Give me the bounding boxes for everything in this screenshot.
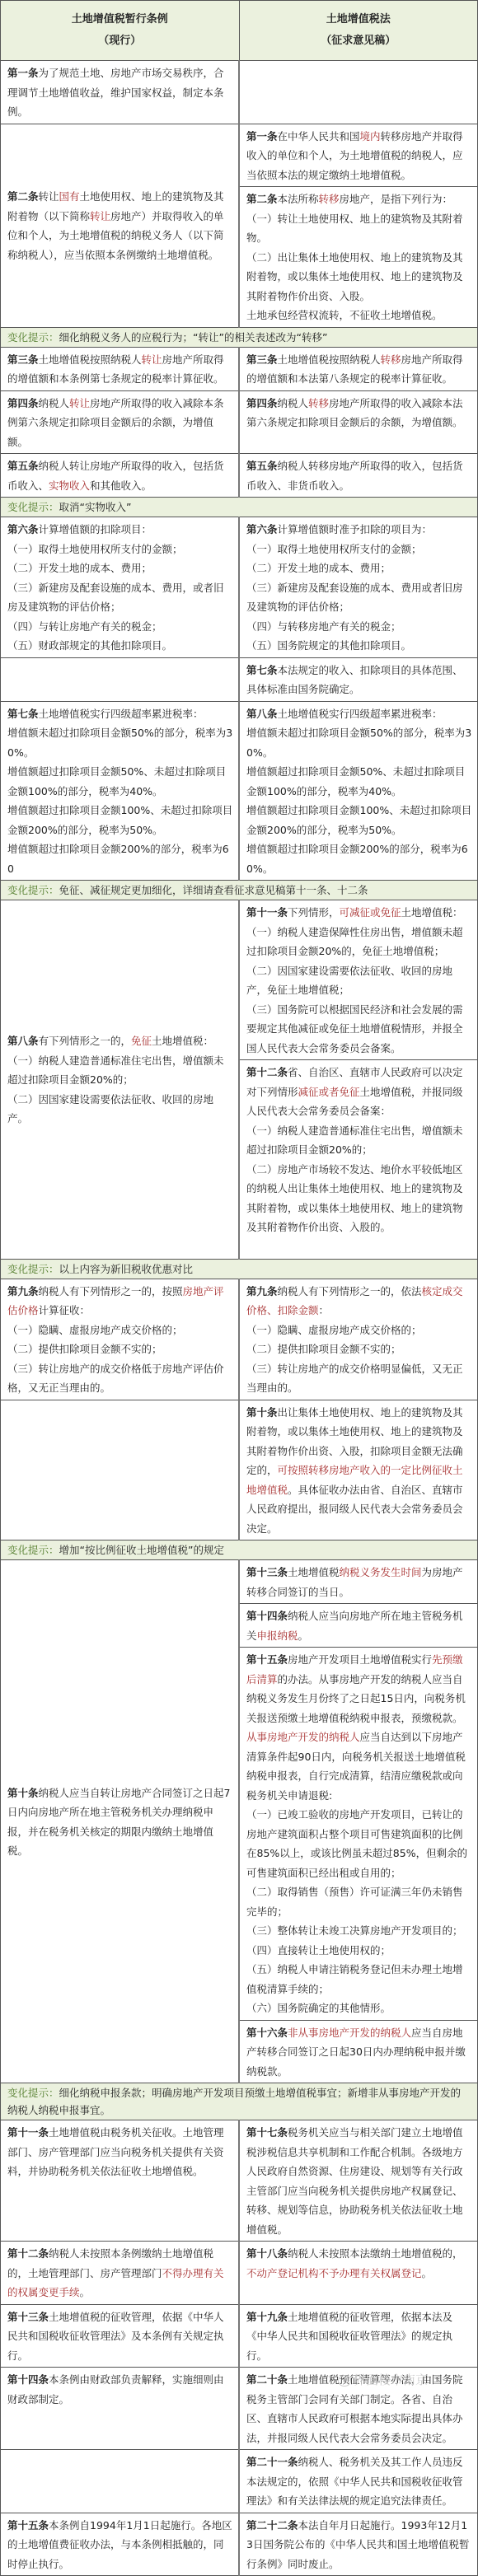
article-item: （二）提供扣除项目金额不实的； <box>246 1339 472 1359</box>
article-number: 第六条 <box>7 523 39 535</box>
new-article-16: 第十六条非从事房地产开发的纳税人应当自房地产转移合同签订之日起30日内办理纳税申… <box>239 2020 478 2083</box>
article-item: （二）开发土地的成本、费用； <box>7 559 233 578</box>
article-number: 第二十一条 <box>246 2456 298 2468</box>
article-item: 增值额未超过扣除项目金额50%的部分，税率为30%。 <box>246 723 472 762</box>
article-text: ： <box>319 1304 330 1316</box>
change-tip-row: 变化提示：取消“实物收入” <box>1 498 478 517</box>
table-row: 第十一条土地增值税由税务机关征收。土地管理部门、房产管理部门应当向税务机关提供有… <box>1 2120 478 2242</box>
old-article-7: 第七条土地增值税实行四级超率累进税率：增值额未超过扣除项目金额50%的部分，税率… <box>1 701 240 881</box>
tip-text: 取消“实物收入” <box>59 501 132 513</box>
article-number: 第二十二条 <box>246 2519 298 2532</box>
highlight-text: 国有 <box>59 190 80 203</box>
new-article-11: 第十一条下列情形，可减征或免征土地增值税：（一）纳税人建造保障性住房出售，增值额… <box>239 900 478 1060</box>
article-number: 第九条 <box>246 1285 278 1297</box>
highlight-text: 可减征或免征 <box>340 906 401 919</box>
tip-text: 免征、减征规定更加细化，详细请查看征求意见稿第十一条、十二条 <box>59 884 368 896</box>
highlight-text: 转让 <box>142 353 162 366</box>
article-text: 纳税人 <box>278 397 309 409</box>
old-empty <box>1 1400 240 1540</box>
change-tip: 变化提示：细化纳税义务人的应税行为；“转让”的相关表述改为“转移” <box>1 327 478 347</box>
tip-label: 变化提示： <box>7 884 59 896</box>
article-item: （一）转让土地使用权、地上的建筑物及其附着物。 <box>246 209 472 248</box>
change-tip-row: 变化提示：以上内容为新旧税收优惠对比 <box>1 1259 478 1279</box>
new-article-17: 第十七条税务机关应当与相关部门建立土地增值税涉税信息共享机制和工作配合机制。各级… <box>239 2120 478 2242</box>
article-text: 在中华人民共和国 <box>278 130 360 143</box>
article-item: （四）与转让房地产有关的税金； <box>7 617 233 637</box>
article-text: 。 <box>298 1629 309 1642</box>
article-text: 土地增值税按照纳税人 <box>278 353 381 366</box>
highlight-text: 不动产登记机构不予办理有关权属登记 <box>246 2267 422 2279</box>
article-item: 增值额未超过扣除项目金额50%的部分，税率为30%。 <box>7 723 233 762</box>
old-article-4: 第四条纳税人转让房地产所取得的收入减除本条例第六条规定扣除项目金额后的余额，为增… <box>1 390 240 454</box>
article-number: 第四条 <box>246 397 278 409</box>
change-tip: 变化提示：免征、减征规定更加细化，详细请查看征求意见稿第十一条、十二条 <box>1 881 478 900</box>
new-article-6: 第六条计算增值额时准予扣除的项目为：（一）取得土地使用权所支付的金额；（二）开发… <box>239 517 478 658</box>
new-article-7: 第七条本法规定的收入、扣除项目的具体范围、具体标准由国务院确定。 <box>239 657 478 701</box>
article-item: （一）隐瞒、虚报房地产成交价格的； <box>7 1321 233 1340</box>
article-text: 转让 <box>39 190 59 203</box>
new-article-12: 第十二条省、自治区、直辖市人民政府可以决定对下列情形减征或者免征土地增值税，并报… <box>239 1060 478 1260</box>
article-number: 第二条 <box>246 193 278 205</box>
article-item: （三）转让房地产的成交价格明显偏低，又无正当理由的。 <box>246 1359 472 1398</box>
article-item: （二）因国家建设需要依法征收、收回的房地产，免征土地增值税； <box>246 961 472 1000</box>
table-row: 第十条出让集体土地使用权、地上的建筑物及其附着物，或以集体土地使用权、地上的建筑… <box>1 1400 478 1540</box>
article-text: 房地产，是指下列行为： <box>340 193 453 205</box>
header-old-subtitle: （现行） <box>1 30 239 52</box>
article-text: 下列情形， <box>288 906 340 919</box>
article-text: 土地增值税 <box>288 1566 340 1578</box>
header-new-title: 土地增值税法 <box>240 9 478 30</box>
tip-text: 细化纳税义务人的应税行为；“转让”的相关表述改为“转移” <box>59 331 328 344</box>
tip-text: 增加“按比例征收土地增值税”的规定 <box>59 1544 224 1556</box>
change-tip-row: 变化提示：细化纳税申报条款；明确房地产开发项目预缴土地增值税事宜；新增非从事房地… <box>1 2083 478 2120</box>
header-new-subtitle: （征求意见稿） <box>240 30 478 52</box>
article-item: 增值额超过扣除项目金额50%、未超过扣除项目金额100%的部分，税率为40%。 <box>246 762 472 801</box>
watermark-text: 界面楼市南京 <box>354 2373 428 2387</box>
article-item: 增值额超过扣除项目金额200%的部分，税率为60%。 <box>246 839 472 878</box>
old-empty <box>1 2450 240 2513</box>
article-number: 第一条 <box>246 130 278 143</box>
new-article-21: 第二十一条纳税人、税务机关及其工作人员违反本法规定的，依照《中华人民共和国税收征… <box>239 2450 478 2513</box>
new-empty <box>239 61 478 124</box>
article-number: 第三条 <box>246 353 278 366</box>
article-text: 计算征收： <box>39 1304 91 1316</box>
article-item: 增值额超过扣除项目金额100%、未超过扣除项目金额200%的部分，税率为50%。 <box>246 801 472 839</box>
header-new: 土地增值税法（征求意见稿） <box>239 1 478 61</box>
article-number: 第五条 <box>246 460 278 472</box>
article-number: 第二条 <box>7 190 39 203</box>
old-article-8: 第八条有下列情形之一的，免征土地增值税：（一）纳税人建造普通标准住宅出售，增值额… <box>1 900 240 1260</box>
table-row: 第二十一条纳税人、税务机关及其工作人员违反本法规定的，依照《中华人民共和国税收征… <box>1 2450 478 2513</box>
new-article-8: 第八条土地增值税实行四级超率累进税率：增值额未超过扣除项目金额50%的部分，税率… <box>239 701 478 881</box>
new-article-13: 第十三条土地增值税纳税义务发生时间为房地产转移合同签订的当日。 <box>239 1560 478 1604</box>
old-article-15: 第十五条本条例自1994年1月1日起施行。各地区的土地增值费征收办法，与本条例相… <box>1 2513 240 2576</box>
article-text: 本法所称 <box>278 193 319 205</box>
article-text: 有下列情形之一的， <box>39 1035 132 1047</box>
article-text: 纳税人转移房地产所取得的收入，包括货币收入、非货币收入。 <box>246 460 463 492</box>
article-number: 第十四条 <box>246 1610 288 1622</box>
old-empty <box>1 657 240 701</box>
article-item: 增值额超过扣除项目金额100%、未超过扣除项目金额200%的部分，税率为50%。 <box>7 801 233 839</box>
table-row: 第八条有下列情形之一的，免征土地增值税：（一）纳税人建造普通标准住宅出售，增值额… <box>1 900 478 1060</box>
change-tip: 变化提示：以上内容为新旧税收优惠对比 <box>1 1259 478 1279</box>
article-text: 土地增值税： <box>152 1035 213 1047</box>
highlight-text: 转移 <box>319 193 340 205</box>
table-row: 第三条土地增值税按照纳税人转让房地产所取得的增值额和本条例第七条规定的税率计算征… <box>1 347 478 390</box>
highlight-text: 减征或者免征 <box>298 1086 360 1098</box>
wechat-icon <box>338 2375 351 2387</box>
watermark: 界面楼市南京 <box>338 2371 428 2388</box>
article-number: 第十条 <box>246 1406 278 1419</box>
highlight-text: 转移 <box>381 353 401 366</box>
table-row: 第五条纳税人转让房地产所取得的收入，包括货币收入、实物收入和其他收入。 第五条纳… <box>1 454 478 498</box>
table-header-row: 土地增值税暂行条例（现行） 土地增值税法（征求意见稿） <box>1 1 478 61</box>
new-article-15: 第十五条房地产开发项目土地增值税实行先预缴后清算的办法。从事房地产开发的纳税人应… <box>239 1648 478 2021</box>
tip-label: 变化提示： <box>7 2087 59 2099</box>
article-number: 第十三条 <box>7 2311 49 2323</box>
article-number: 第十四条 <box>7 2373 49 2386</box>
article-item: （五）财政部规定的其他扣除项目。 <box>7 636 233 656</box>
article-item: （一）纳税人建造普通标准住宅出售，增值额未超过扣除项目金额20%的； <box>246 1121 472 1160</box>
article-text: 土地增值税实行四级超率累进税率： <box>39 708 204 720</box>
highlight-text: 转让 <box>90 210 110 222</box>
article-item: （六）国务院确定的其他情形。 <box>246 1999 472 2018</box>
article-number: 第十一条 <box>246 906 288 919</box>
article-item: （二）因国家建设需要依法征收、收回的房地产。 <box>7 1090 233 1129</box>
tip-label: 变化提示： <box>7 331 59 344</box>
old-article-12: 第十二条纳税人未按照本条例缴纳土地增值税的，土地管理部门、房产管理部门不得办理有… <box>1 2242 240 2305</box>
new-article-2: 第二条本法所称转移房地产，是指下列行为：（一）转让土地使用权、地上的建筑物及其附… <box>239 187 478 328</box>
article-item: （二）开发土地的成本、费用； <box>246 559 472 578</box>
change-tip: 变化提示：细化纳税申报条款；明确房地产开发项目预缴土地增值税事宜；新增非从事房地… <box>1 2083 478 2120</box>
article-item: 土地承包经营权流转，不征收土地增值税。 <box>246 306 472 325</box>
table-row: 第六条计算增值额的扣除项目：（一）取得土地使用权所支付的金额；（二）开发土地的成… <box>1 517 478 658</box>
highlight-text: 免征 <box>131 1035 152 1047</box>
article-text: 纳税人 <box>39 397 70 409</box>
change-tip-row: 变化提示：免征、减征规定更加细化，详细请查看征求意见稿第十一条、十二条 <box>1 881 478 900</box>
highlight-text: 转移 <box>308 397 329 409</box>
new-article-14: 第十四条纳税人应当向房地产所在地主管税务机关申报纳税。 <box>239 1604 478 1648</box>
article-number: 第八条 <box>246 708 278 720</box>
article-text: 纳税人有下列情形之一的，按照 <box>39 1285 183 1297</box>
old-article-9: 第九条纳税人有下列情形之一的，按照房地产评估价格计算征收：（一）隐瞒、虚报房地产… <box>1 1279 240 1400</box>
change-tip-row: 变化提示：细化纳税义务人的应税行为；“转让”的相关表述改为“转移” <box>1 327 478 347</box>
new-article-22: 第二十二条本法自年月日起施行。1993年12月13日国务院公布的《中华人民共和国… <box>239 2513 478 2576</box>
article-number: 第十二条 <box>246 1066 288 1078</box>
old-article-5: 第五条纳税人转让房地产所取得的收入，包括货币收入、实物收入和其他收入。 <box>1 454 240 498</box>
table-row: 第七条土地增值税实行四级超率累进税率：增值额未超过扣除项目金额50%的部分，税率… <box>1 701 478 881</box>
article-number: 第二十条 <box>246 2373 288 2386</box>
article-text: 本法规定的收入、扣除项目的具体范围、具体标准由国务院确定。 <box>246 664 463 696</box>
old-article-13: 第十三条土地增值税的征收管理，依据《中华人民共和国税收征收管理法》及本条例有关规… <box>1 2304 240 2368</box>
article-number: 第十六条 <box>246 2027 288 2039</box>
old-article-3: 第三条土地增值税按照纳税人转让房地产所取得的增值额和本条例第七条规定的税率计算征… <box>1 347 240 390</box>
article-item: （一）取得土地使用权所支付的金额； <box>246 540 472 559</box>
tip-label: 变化提示： <box>7 1263 59 1275</box>
article-number: 第三条 <box>7 353 39 366</box>
highlight-text: 转让 <box>69 397 90 409</box>
article-number: 第五条 <box>7 460 39 472</box>
tip-label: 变化提示： <box>7 501 59 513</box>
new-article-1: 第一条在中华人民共和国境内转移房地产并取得收入的单位和个人，为土地增值税的纳税人… <box>239 124 478 187</box>
article-item: （三）新建房及配套设施的成本、费用或者旧房及建筑物的评估价格； <box>246 578 472 617</box>
page: 土地增值税暂行条例（现行） 土地增值税法（征求意见稿） 第一条为了规范土地、房地… <box>0 0 478 2576</box>
article-text: 土地增值税按照纳税人 <box>39 353 142 366</box>
article-number: 第十五条 <box>7 2519 49 2532</box>
old-article-1: 第一条为了规范土地、房地产市场交易秩序，合理调节土地增值收益，维护国家权益，制定… <box>1 61 240 124</box>
article-number: 第八条 <box>7 1035 39 1047</box>
highlight-text: 非从事房地产开发的纳税人 <box>288 2027 411 2039</box>
article-text: 计算增值额的扣除项目： <box>39 523 152 535</box>
article-text: 计算增值额时准予扣除的项目为： <box>278 523 433 535</box>
article-item: （五）国务院规定的其他扣除项目。 <box>246 636 472 656</box>
highlight-text: 申报纳税 <box>257 1629 298 1642</box>
article-item: 增值额超过扣除项目金额200%的部分，税率为60 <box>7 839 233 878</box>
old-article-6: 第六条计算增值额的扣除项目：（一）取得土地使用权所支付的金额；（二）开发土地的成… <box>1 517 240 658</box>
article-number: 第十五条 <box>246 1653 288 1666</box>
article-number: 第一条 <box>7 67 39 79</box>
article-text: 。 <box>80 2286 91 2298</box>
old-article-2: 第二条转让国有土地使用权、地上的建筑物及其附着物（以下简称转让房地产）并取得收入… <box>1 124 240 327</box>
old-article-10: 第十条纳税人应当自转让房地产合同签订之日起7日内向房地产所在地主管税务机关办理纳… <box>1 1560 240 2083</box>
table-row: 第十二条纳税人未按照本条例缴纳土地增值税的，土地管理部门、房产管理部门不得办理有… <box>1 2242 478 2305</box>
header-old: 土地增值税暂行条例（现行） <box>1 1 240 61</box>
article-text: 房地产开发项目土地增值税实行 <box>288 1653 432 1666</box>
article-item: （二）提供扣除项目金额不实的； <box>7 1339 233 1359</box>
article-text: 的办法。从事房地产开发的纳税人应当自纳税义务发生月份终了之日起15日内，向税务机… <box>246 1673 466 1724</box>
table-row: 第七条本法规定的收入、扣除项目的具体范围、具体标准由国务院确定。 <box>1 657 478 701</box>
article-text: 土地增值税： <box>401 906 463 919</box>
table-row: 第九条纳税人有下列情形之一的，按照房地产评估价格计算征收：（一）隐瞒、虚报房地产… <box>1 1279 478 1400</box>
article-number: 第十七条 <box>246 2126 288 2139</box>
article-text: 纳税人应当自转让房地产合同签订之日起7日内向房地产所在地主管税务机关办理纳税申报… <box>7 1787 230 1858</box>
article-item: （三）整体转让未竣工决算房地产开发项目的； <box>246 1921 472 1941</box>
new-article-4: 第四条纳税人转移房地产所取得的收入减除本法第六条规定扣除项目金额后的余额，为增值… <box>239 390 478 454</box>
article-number: 第十二条 <box>7 2247 49 2260</box>
article-item: （一）纳税人建造保障性住房出售，增值额未超过扣除项目金额20%的，免征土地增值税… <box>246 923 472 961</box>
article-text: 和其他收入。 <box>90 479 152 492</box>
tip-text: 细化纳税申报条款；明确房地产开发项目预缴土地增值税事宜；新增非从事房地产开发的纳… <box>7 2087 461 2116</box>
article-text: 为了规范土地、房地产市场交易秩序，合理调节土地增值收益，维护国家权益，制定本条例… <box>7 67 224 118</box>
new-article-10: 第十条出让集体土地使用权、地上的建筑物及其附着物，或以集体土地使用权、地上的建筑… <box>239 1400 478 1540</box>
article-item: （五）纳税人申请注销税务登记但未办理土地增值税清算手续的； <box>246 1960 472 1999</box>
highlight-text: 境内 <box>360 130 381 143</box>
table-row: 第十条纳税人应当自转让房地产合同签订之日起7日内向房地产所在地主管税务机关办理纳… <box>1 1560 478 1604</box>
article-item: （二）出让集体土地使用权、地上的建筑物及其附着物，或以集体土地使用权、地上的建筑… <box>246 248 472 306</box>
article-number: 第六条 <box>246 523 278 535</box>
article-item: （一）纳税人建造普通标准住宅出售，增值额未超过扣除项目金额20%的； <box>7 1051 233 1090</box>
change-tip: 变化提示：增加“按比例征收土地增值税”的规定 <box>1 1540 478 1560</box>
article-number: 第十一条 <box>7 2126 49 2139</box>
comparison-table: 土地增值税暂行条例（现行） 土地增值税法（征求意见稿） 第一条为了规范土地、房地… <box>0 0 478 2576</box>
article-item: （三）转让房地产的成交价格低于房地产评估价格，又无正当理由的。 <box>7 1359 233 1398</box>
tip-text: 以上内容为新旧税收优惠对比 <box>59 1263 194 1275</box>
article-number: 第四条 <box>7 397 39 409</box>
highlight-text: 纳税义务发生时间 <box>340 1566 422 1578</box>
new-article-19: 第十九条土地增值税的征收管理，依据本法及《中华人民共和国税收征收管理法》的规定执… <box>239 2304 478 2368</box>
article-number: 第十九条 <box>246 2311 288 2323</box>
article-text: 纳税人未按照本法缴纳土地增值税的， <box>288 2247 463 2260</box>
article-item: （三）新建房及配套设施的成本、费用，或者旧房及建筑物的评估价格； <box>7 578 233 617</box>
article-number: 第七条 <box>7 708 39 720</box>
table-row: 第四条纳税人转让房地产所取得的收入减除本条例第六条规定扣除项目金额后的余额，为增… <box>1 390 478 454</box>
article-item: （一）隐瞒、虚报房地产成交价格的； <box>246 1321 472 1340</box>
article-number: 第十三条 <box>246 1566 288 1578</box>
highlight-text: 实物收入 <box>49 479 90 492</box>
change-tip-row: 变化提示：增加“按比例征收土地增值税”的规定 <box>1 1540 478 1560</box>
header-old-title: 土地增值税暂行条例 <box>1 9 239 30</box>
article-text: 税务机关应当与相关部门建立土地增值税涉税信息共享机制和工作配合机制。各级地方人民… <box>246 2126 463 2236</box>
article-number: 第七条 <box>246 664 278 676</box>
table-row: 第二条转让国有土地使用权、地上的建筑物及其附着物（以下简称转让房地产）并取得收入… <box>1 124 478 187</box>
tip-label: 变化提示： <box>7 1544 59 1556</box>
article-item: （一）取得土地使用权所支付的金额； <box>7 540 233 559</box>
highlight-text: 从事房地产开发的纳税人 <box>246 1731 360 1743</box>
article-item: （二）取得销售（预售）许可证满三年仍未销售完毕的； <box>246 1882 472 1921</box>
article-text: 土地增值税实行四级超率累进税率： <box>278 708 443 720</box>
article-item: （四）与转移房地产有关的税金； <box>246 617 472 637</box>
article-item: （四）直接转让土地使用权的； <box>246 1941 472 1961</box>
new-article-18: 第十八条纳税人未按照本法缴纳土地增值税的，不动产登记机构不予办理有关权属登记。 <box>239 2242 478 2305</box>
new-article-5: 第五条纳税人转移房地产所取得的收入，包括货币收入、非货币收入。 <box>239 454 478 498</box>
new-article-9: 第九条纳税人有下列情形之一的，依法核定成交价格、扣除金额：（一）隐瞒、虚报房地产… <box>239 1279 478 1400</box>
table-row: 第十五条本条例自1994年1月1日起施行。各地区的土地增值费征收办法，与本条例相… <box>1 2513 478 2576</box>
table-row: 第一条为了规范土地、房地产市场交易秩序，合理调节土地增值收益，维护国家权益，制定… <box>1 61 478 124</box>
article-item: （三）国务院可以根据国民经济和社会发展的需要规定其他减征或免征土地增值税情形，并… <box>246 1000 472 1059</box>
article-text: 纳税人有下列情形之一的，依法 <box>278 1285 422 1297</box>
article-text: 。 <box>422 2267 433 2279</box>
article-item: 增值额超过扣除项目金额50%、未超过扣除项目金额100%的部分，税率为40%。 <box>7 762 233 801</box>
old-article-14: 第十四条本条例由财政部负责解释，实施细则由财政部制定。 <box>1 2368 240 2450</box>
table-row: 第十三条土地增值税的征收管理，依据《中华人民共和国税收征收管理法》及本条例有关规… <box>1 2304 478 2368</box>
article-number: 第十八条 <box>246 2247 288 2260</box>
change-tip: 变化提示：取消“实物收入” <box>1 498 478 517</box>
old-article-11: 第十一条土地增值税由税务机关征收。土地管理部门、房产管理部门应当向税务机关提供有… <box>1 2120 240 2242</box>
article-item: （二）房地产市场较不发达、地价水平较低地区的纳税人出让集体土地使用权、地上的建筑… <box>246 1160 472 1237</box>
new-article-3: 第三条土地增值税按照纳税人转移房地产所取得的增值额和本法第八条规定的税率计算征收… <box>239 347 478 390</box>
article-number: 第九条 <box>7 1285 39 1297</box>
article-number: 第十条 <box>7 1787 39 1799</box>
article-item: （一）已竣工验收的房地产开发项目，已转让的房地产建筑面积占整个项目可售建筑面积的… <box>246 1805 472 1882</box>
